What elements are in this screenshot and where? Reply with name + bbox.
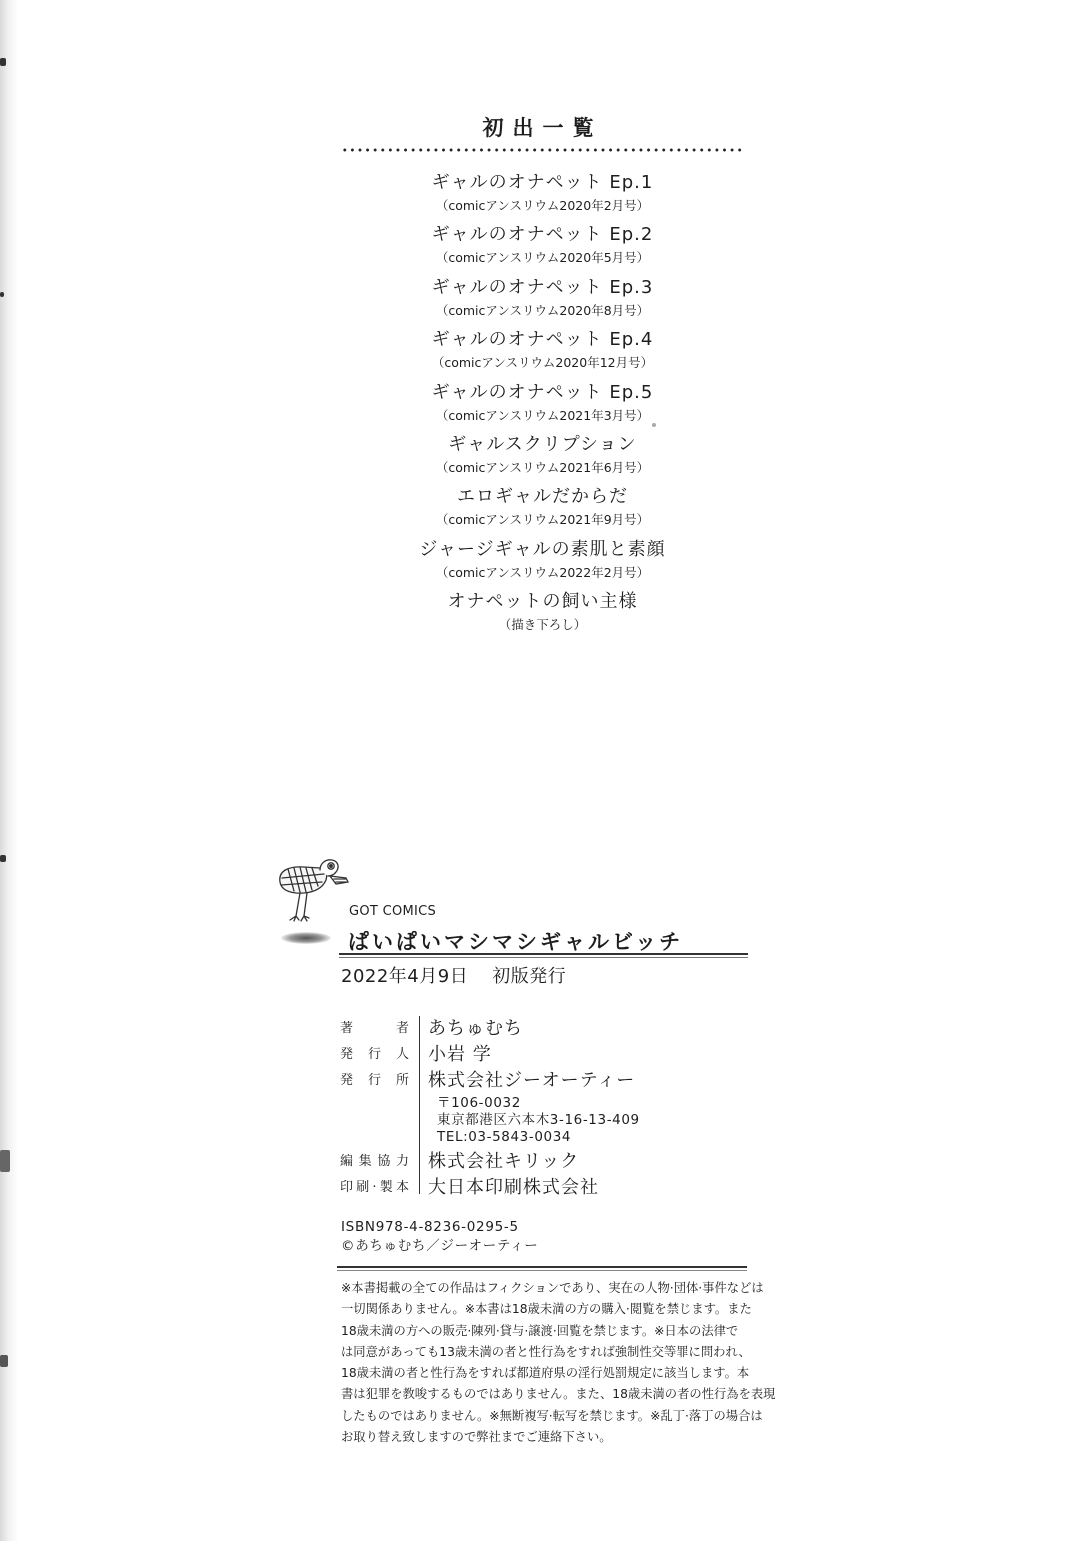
work-title: ギャルのオナペット Ep.1 [340,170,745,196]
credits-block: 著 者 あちゅむち 発行人 小岩 学 発行所 株式会社ジーオーティー 〒106-… [340,1016,640,1201]
work-source: （comicアンスリウム2020年12月号） [340,353,745,373]
list-item: ギャルのオナペット Ep.3 （comicアンスリウム2020年8月号） [340,275,745,327]
list-item: ギャルスクリプション （comicアンスリウム2021年6月号） [340,432,745,484]
credit-value: 株式会社キリック [428,1149,579,1175]
work-title: ギャルのオナペット Ep.3 [340,275,745,301]
work-title: オナペットの飼い主様 [340,589,745,615]
scan-speck [652,423,656,427]
credit-value: 大日本印刷株式会社 [428,1175,599,1201]
work-title: ギャルのオナペット Ep.5 [340,380,745,406]
list-item: ギャルのオナペット Ep.5 （comicアンスリウム2021年3月号） [340,380,745,432]
edition-line: 2022年4月9日初版発行 [341,962,566,988]
credit-label: 著 者 [340,1016,409,1042]
work-source: （comicアンスリウム2021年6月号） [340,458,745,478]
credit-value: あちゅむち [428,1016,523,1042]
credit-editorial: 編集協力 株式会社キリック [340,1149,640,1175]
list-item: ギャルのオナペット Ep.2 （comicアンスリウム2020年5月号） [340,222,745,274]
work-source: （comicアンスリウム2021年9月号） [340,510,745,530]
credit-author: 著 者 あちゅむち [340,1016,640,1042]
credit-value: 小岩 学 [428,1042,492,1068]
section-title: 初出一覧 [0,112,1080,142]
credit-printing: 印刷·製本 大日本印刷株式会社 [340,1175,640,1201]
credit-publisher: 発行所 株式会社ジーオーティー [340,1068,640,1094]
edition-label: 初版発行 [492,966,566,987]
notice-line: したものではありません。※無断複写·転写を禁じます。※乱丁·落丁の場合は [341,1406,745,1427]
publication-date: 2022年4月9日 [341,966,468,987]
credit-label: 発行人 [340,1042,409,1068]
work-source: （描き下ろし） [340,615,745,635]
work-source: （comicアンスリウム2020年8月号） [340,301,745,321]
list-item: ギャルのオナペット Ep.4 （comicアンスリウム2020年12月号） [340,327,745,379]
legal-notice: ※本書掲載の全ての作品はフィクションであり、実在の人物·団体·事件などは 一切関… [341,1278,745,1448]
first-appearance-list: ギャルのオナペット Ep.1 （comicアンスリウム2020年2月号） ギャル… [340,170,745,642]
notice-line: 18歳未満の者と性行為をすれば都道府県の淫行処罰規定に該当します。本 [341,1363,745,1384]
dotted-divider [341,147,745,153]
isbn: ISBN978-4-8236-0295-5 [341,1218,538,1237]
imprint-label: GOT COMICS [349,904,436,919]
title-divider [339,953,748,958]
book-title: ぱいぱいマシマシギャルビッチ [348,926,683,956]
credit-label: 発行所 [340,1068,409,1094]
notice-line: ※本書掲載の全ての作品はフィクションであり、実在の人物·団体·事件などは [341,1278,745,1299]
logo-shadow [281,932,331,944]
notice-line: は同意があっても13歳未満の者と性行為をすれば強制性交等罪に問われ、 [341,1342,745,1363]
bird-mascot-icon [274,858,358,924]
work-title: ギャルスクリプション [340,432,745,458]
credit-publisher-person: 発行人 小岩 学 [340,1042,640,1068]
notice-line: 書は犯罪を教唆するものではありません。また、18歳未満の者の性行為を表現 [341,1384,745,1405]
work-title: エロギャルだからだ [340,484,745,510]
notice-line: お取り替え致しますので弊社までご連絡下さい。 [341,1427,745,1448]
notice-divider [337,1266,747,1271]
credit-value: 株式会社ジーオーティー [428,1068,635,1094]
postal-code: 〒106-0032 [437,1095,640,1112]
publisher-address: 〒106-0032 東京都港区六本木3-16-13-409 TEL:03-584… [437,1094,640,1149]
isbn-block: ISBN978-4-8236-0295-5 ©あちゅむち／ジーオーティー [341,1218,538,1256]
list-item: ジャージギャルの素肌と素顔 （comicアンスリウム2022年2月号） [340,537,745,589]
list-item: エロギャルだからだ （comicアンスリウム2021年9月号） [340,484,745,536]
copyright: ©あちゅむち／ジーオーティー [341,1237,538,1256]
notice-line: 18歳未満の方への販売·陳列·貸与·譲渡·回覧を禁じます。※日本の法律で [341,1321,745,1342]
list-item: オナペットの飼い主様 （描き下ろし） [340,589,745,641]
list-item: ギャルのオナペット Ep.1 （comicアンスリウム2020年2月号） [340,170,745,222]
work-source: （comicアンスリウム2021年3月号） [340,406,745,426]
work-source: （comicアンスリウム2022年2月号） [340,563,745,583]
credit-label: 編集協力 [340,1149,409,1175]
street-address: 東京都港区六本木3-16-13-409 [437,1112,640,1129]
phone-number: TEL:03-5843-0034 [437,1129,640,1146]
work-title: ジャージギャルの素肌と素顔 [340,537,745,563]
work-source: （comicアンスリウム2020年2月号） [340,196,745,216]
notice-line: 一切関係ありません。※本書は18歳未満の方の購入·閲覧を禁じます。また [341,1299,745,1320]
work-title: ギャルのオナペット Ep.2 [340,222,745,248]
work-source: （comicアンスリウム2020年5月号） [340,248,745,268]
scan-edge [0,0,18,1541]
work-title: ギャルのオナペット Ep.4 [340,327,745,353]
credit-label: 印刷·製本 [340,1175,409,1201]
